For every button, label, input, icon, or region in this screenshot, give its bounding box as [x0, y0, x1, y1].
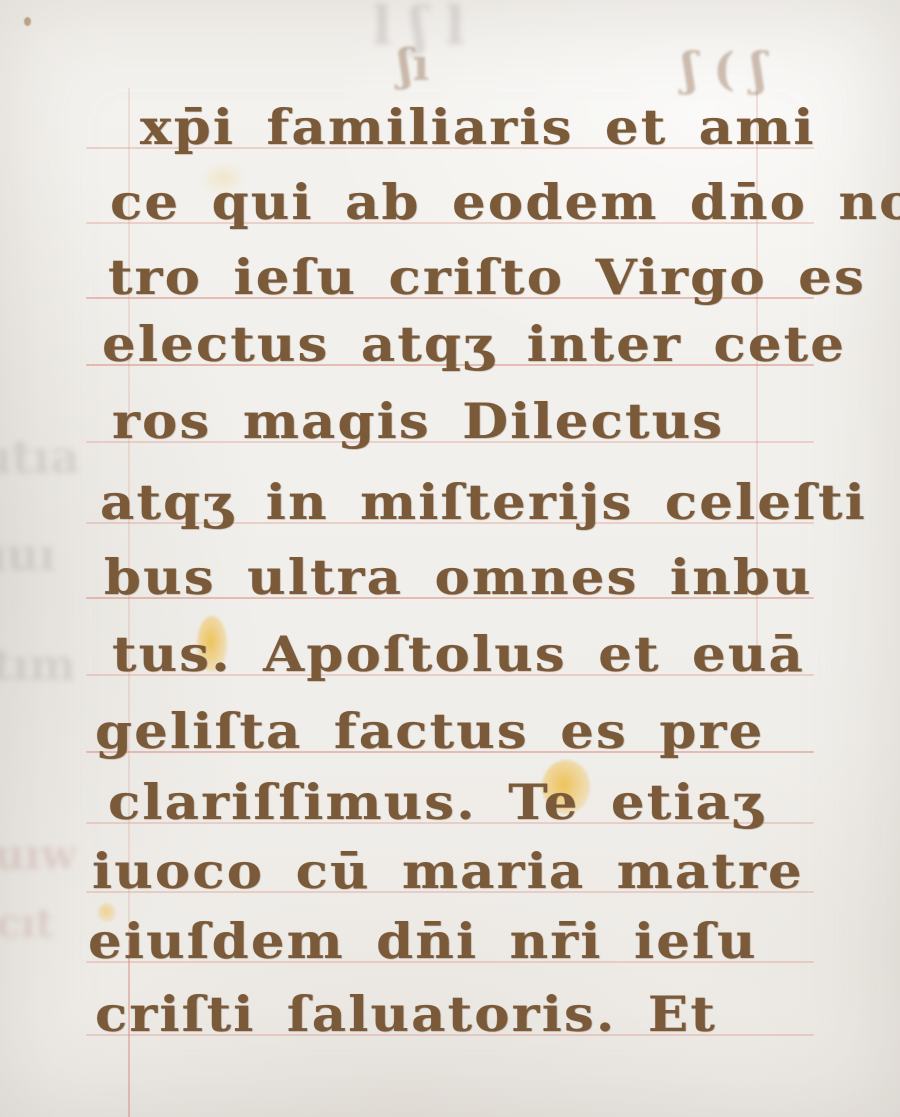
- show-through-mark: tım: [0, 640, 76, 691]
- text-line: geliſta factus es pre: [95, 702, 764, 760]
- text-line: ce qui ab eodem dn̄o noſ: [110, 173, 900, 231]
- show-through-mark: ıuı: [0, 530, 55, 581]
- text-line: iuoco cū maria matre: [92, 842, 804, 900]
- manuscript-page: ıtıa ıuı tım uıw cıt l ʃ l ʃı ʃ ( ʃ xp̄i…: [0, 0, 900, 1117]
- text-line: criſti ſaluatoris. Et: [95, 985, 717, 1043]
- show-through-mark: cıt: [0, 900, 54, 947]
- show-through-mark: uıw: [0, 830, 77, 879]
- text-line: tro ieſu criſto Virgo es: [108, 248, 866, 306]
- show-through-mark: ıtıa: [0, 430, 80, 484]
- text-line: electus atqʒ inter cete: [102, 315, 846, 373]
- ink-speck: [24, 17, 31, 26]
- text-line: clariſſimus. Te etiaʒ: [108, 773, 764, 831]
- ascender-flourish: ʃı: [398, 40, 429, 91]
- text-line: atqʒ in miſterijs celeſti: [100, 473, 867, 531]
- text-line: xp̄i familiaris et ami: [140, 98, 816, 156]
- text-line: bus ultra omnes inbu: [104, 548, 813, 606]
- text-line: ros magis Dilectus: [112, 392, 724, 450]
- text-line: eiuſdem dn̄i nr̄i ieſu: [88, 912, 758, 970]
- ascender-flourish: ʃ ( ʃ: [682, 42, 766, 96]
- text-line: tus. Apoſtolus et euā: [112, 625, 805, 683]
